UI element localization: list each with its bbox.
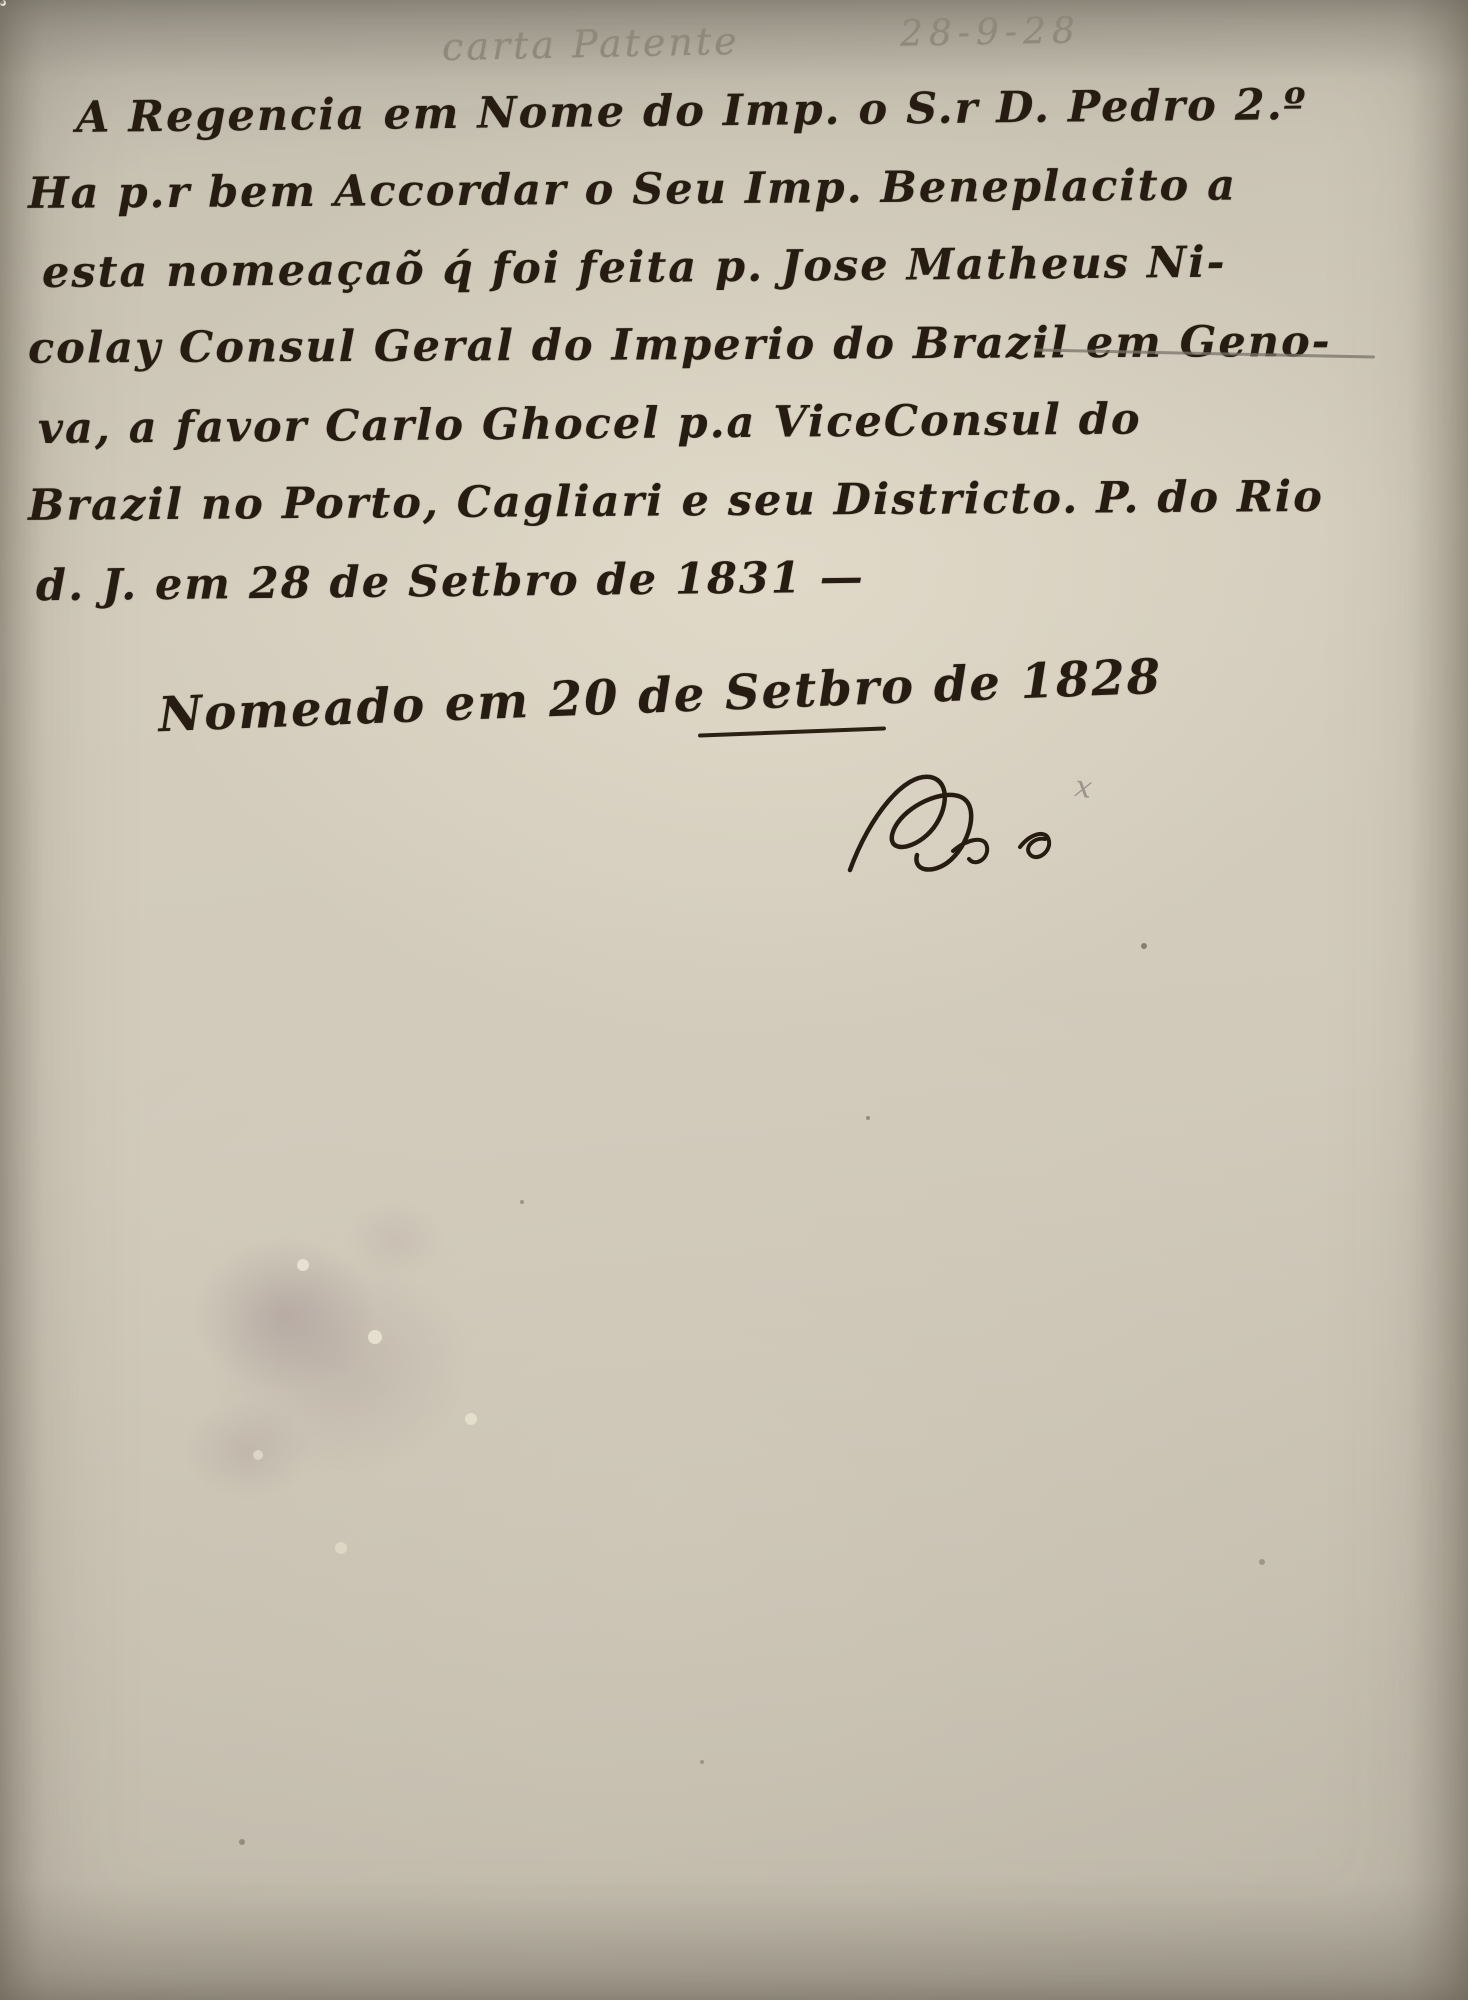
stain-blot: [110, 1090, 570, 1590]
manuscript-line: Brazil no Porto, Cagliari e seu District…: [28, 457, 1441, 545]
manuscript-body: A Regencia em Nome do Imp. o S.r D. Pedr…: [28, 72, 1440, 618]
pencil-annotation-date: 28-9-28: [900, 10, 1082, 54]
manuscript-line: A Regencia em Nome do Imp. o S.r D. Pedr…: [28, 65, 1441, 158]
ink-specks: [0, 0, 4, 4]
signature-rubric: [835, 755, 1085, 905]
manuscript-line: va, a favor Carlo Ghocel p.a ViceConsul …: [28, 378, 1441, 468]
manuscript-line: esta nomeaçaõ q́ foi feita p. Jose Mathe…: [28, 222, 1441, 312]
manuscript-page: carta Patente 28-9-28 A Regencia em Nome…: [0, 0, 1468, 2000]
manuscript-line: Ha p.r bem Accordar o Seu Imp. Beneplaci…: [28, 145, 1441, 233]
appointment-note: Nomeado em 20 de Setbro de 1828: [157, 649, 1163, 744]
manuscript-line: colay Consul Geral do Imperio do Brazil …: [28, 302, 1440, 387]
stain-light-spots: [0, 0, 6, 6]
pencil-x-mark: x: [1073, 769, 1095, 806]
pencil-annotation-title: carta Patente: [442, 19, 740, 69]
manuscript-line: d. J. em 28 de Setbro de 1831 —: [28, 533, 1441, 626]
ink-underline: [698, 726, 886, 737]
